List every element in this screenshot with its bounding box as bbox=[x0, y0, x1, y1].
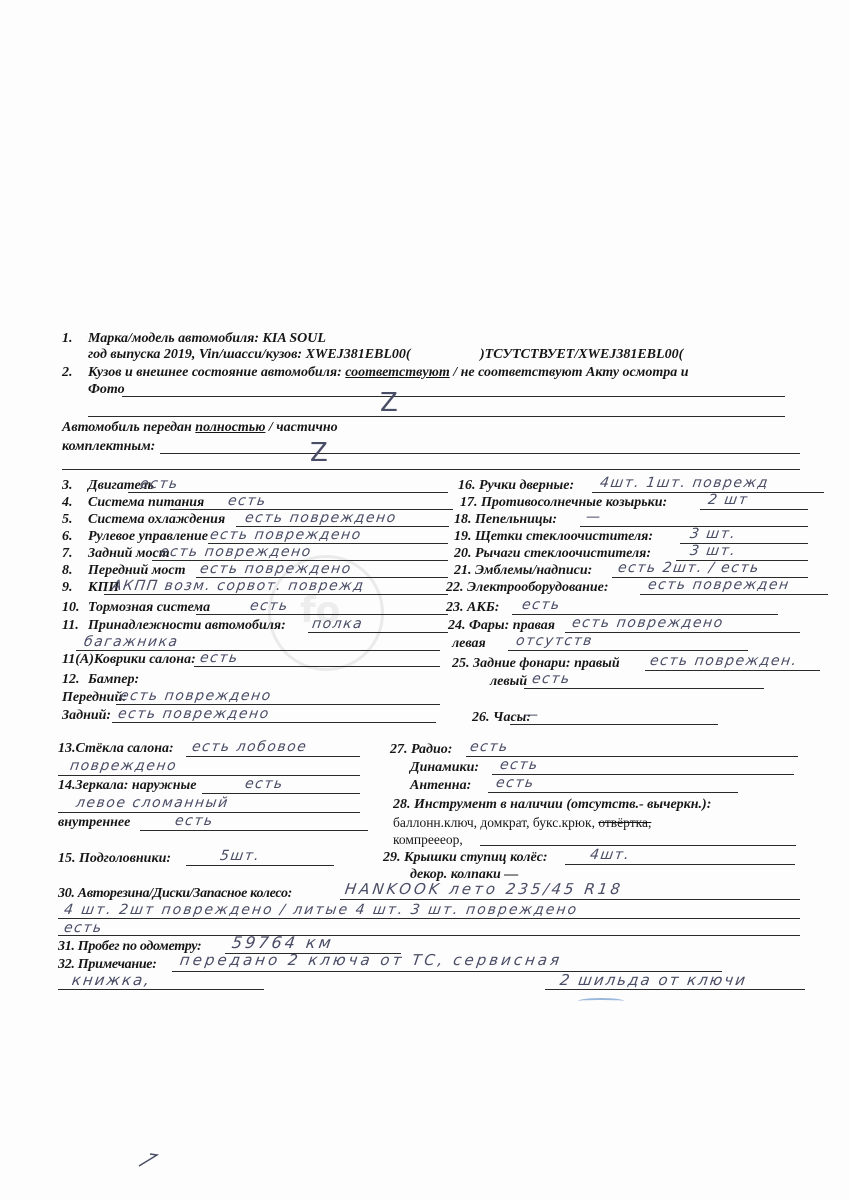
left-item-line bbox=[112, 722, 436, 723]
left-item-line bbox=[308, 632, 448, 633]
item27-value: есть bbox=[469, 739, 510, 755]
item30-line bbox=[340, 899, 800, 900]
item14-inner-title: внутреннее bbox=[58, 815, 130, 831]
item13-line bbox=[186, 756, 360, 757]
item30-value: HANKOOK лето 235/45 R18 bbox=[344, 881, 624, 897]
right-item-title: левая bbox=[452, 636, 486, 652]
left-item-line bbox=[116, 704, 440, 705]
right-item-value: есть bbox=[531, 671, 572, 687]
item1: 1.Марка/модель автомобиля: KIA SOUL bbox=[62, 331, 326, 347]
right-item-title: 23. АКБ: bbox=[446, 600, 499, 616]
item14-title: 14.Зеркала: наружные bbox=[58, 778, 196, 794]
right-item-value: 4шт. 1шт. поврежд bbox=[599, 475, 770, 491]
antenna-line bbox=[488, 792, 738, 793]
speakers-value: есть bbox=[499, 757, 540, 773]
left-item-value: есть bbox=[227, 493, 268, 509]
item14-value2: левое сломанный bbox=[75, 795, 230, 811]
blue-stamp-edge bbox=[578, 998, 624, 1004]
left-item-number: 9. bbox=[62, 580, 88, 596]
item14-inner-value: есть bbox=[174, 813, 215, 829]
left-item-line bbox=[196, 614, 448, 615]
right-item-value: есть поврежден. bbox=[649, 653, 799, 669]
left-item-label: Задний мост bbox=[88, 546, 170, 561]
transferred-label: Автомобиль передан полностью / частично bbox=[62, 420, 338, 436]
item28-title: 28. Инструмент в наличии (отсутств.- выч… bbox=[393, 797, 711, 813]
right-item-value: есть повреждено bbox=[571, 615, 725, 631]
item28-line bbox=[480, 845, 796, 846]
item13-line2 bbox=[58, 775, 360, 776]
complete-label: комплектным: bbox=[62, 439, 155, 455]
left-item-line bbox=[128, 492, 448, 493]
item2-mark: Z bbox=[380, 388, 398, 418]
item32-line2a bbox=[58, 989, 264, 990]
right-item-value: есть bbox=[521, 597, 562, 613]
item30-value2: 4 шт. 2шт повреждено / литые 4 шт. 3 шт.… bbox=[63, 902, 579, 918]
left-item-value: есть bbox=[249, 598, 290, 614]
item1-vin-absent: )ТСУТСТВУЕТ/XWEJ381EBL00( bbox=[480, 347, 683, 363]
item29-title: 29. Крышки ступиц колёс: bbox=[383, 850, 548, 866]
item32-value2b: 2 шильда от ключи bbox=[559, 972, 748, 988]
left-item-value: есть повреждено bbox=[119, 688, 273, 704]
right-item-value: — bbox=[523, 707, 541, 723]
right-item-title: 25. Задние фонари: правый bbox=[452, 656, 620, 672]
right-item-title: 16. Ручки дверные: bbox=[458, 478, 574, 494]
left-item-title: 6.Рулевое управление bbox=[62, 529, 208, 545]
left-item-label: Передний мост bbox=[88, 563, 185, 578]
right-item-title: 18. Пепельницы: bbox=[454, 512, 557, 528]
left-item-label: Рулевое управление bbox=[88, 529, 208, 544]
right-item-value: — bbox=[585, 509, 603, 525]
complete-mark: Z bbox=[310, 438, 328, 468]
right-item-value: есть поврежден bbox=[647, 577, 791, 593]
left-item-number: 11(А) bbox=[62, 652, 94, 667]
left-item-title: 10.Тормозная система bbox=[62, 600, 210, 616]
item13-value: есть лобовое bbox=[191, 739, 309, 755]
speakers-title: Динамики: bbox=[410, 760, 479, 776]
item28-tools2: компрееeор, bbox=[393, 832, 463, 848]
left-item-label: Коврики салона: bbox=[94, 652, 196, 667]
left-item-title: Задний: bbox=[62, 708, 111, 724]
signature-stroke bbox=[135, 1150, 165, 1170]
item30-line2 bbox=[58, 918, 800, 919]
item31-value: 59764 км bbox=[231, 935, 335, 951]
left-item-value: есть bbox=[199, 650, 240, 666]
left-item-title: 12.Бампер: bbox=[62, 672, 139, 688]
right-item-line bbox=[510, 724, 718, 725]
item14-inner-line bbox=[140, 830, 368, 831]
right-item-title: 19. Щетки стеклоочистителя: bbox=[454, 529, 653, 545]
left-item-title: 8.Передний мост bbox=[62, 563, 185, 579]
item30-value3: есть bbox=[63, 920, 104, 936]
item29-value: 4шт. bbox=[589, 847, 632, 863]
item29-line bbox=[565, 864, 795, 865]
right-item-title: левый bbox=[490, 674, 527, 690]
speakers-line bbox=[492, 774, 794, 775]
left-item-value: есть bbox=[139, 476, 180, 492]
left-item-title: 11.Принадлежности автомобиля: bbox=[62, 618, 286, 634]
left-item-value: есть повреждено bbox=[117, 706, 271, 722]
item32-line2b bbox=[545, 989, 805, 990]
item14-value: есть bbox=[244, 776, 285, 792]
left-item-value: есть повреждено bbox=[244, 510, 398, 526]
left-item-number: 5. bbox=[62, 512, 88, 528]
antenna-value: есть bbox=[495, 775, 536, 791]
item14-line bbox=[202, 793, 360, 794]
right-item-value: есть 2шт. / есть bbox=[617, 560, 761, 576]
item1-vin: год выпуска 2019, Vin/шасси/кузов: XWEJ3… bbox=[88, 347, 411, 363]
item15-value: 5шт. bbox=[219, 848, 262, 864]
item32-value2a: книжка, bbox=[71, 972, 152, 988]
antenna-title: Антенна: bbox=[410, 778, 471, 794]
item15-line bbox=[186, 865, 334, 866]
right-item-line bbox=[524, 688, 764, 689]
right-item-line bbox=[700, 509, 808, 510]
right-item-value: 2 шт bbox=[707, 492, 750, 508]
left-item-number: 6. bbox=[62, 529, 88, 545]
item13-title: 13.Стёкла салона: bbox=[58, 741, 174, 757]
item31-title: 31. Пробег по одометру: bbox=[58, 939, 201, 955]
left-item-label: Бампер: bbox=[88, 672, 139, 687]
right-item-title: 17. Противосолнечные козырьки: bbox=[460, 495, 667, 511]
left-item-value: полка bbox=[311, 616, 364, 632]
item28-tools: баллонн.ключ, домкрат, букс.крюк, отвёрт… bbox=[393, 815, 651, 831]
right-item-value: 3 шт. bbox=[689, 543, 738, 559]
right-item-line bbox=[565, 632, 800, 633]
right-item-value: отсутств bbox=[515, 633, 594, 649]
left-item-label: Система охлаждения bbox=[88, 512, 225, 527]
left-item-number: 4. bbox=[62, 495, 88, 511]
left-item-value: есть повреждено bbox=[209, 527, 363, 543]
item2-photo-label: Фото bbox=[88, 382, 125, 398]
left-item-value: АКПП возм. сорвот. поврежд bbox=[111, 578, 366, 594]
left-item-value: есть повреждено bbox=[159, 544, 313, 560]
left-item-label: Тормозная система bbox=[88, 600, 210, 615]
item15-title: 15. Подголовники: bbox=[58, 851, 171, 867]
right-item-line bbox=[640, 594, 828, 595]
left-item-value2: багажника bbox=[83, 634, 180, 650]
left-item-label: Передний: bbox=[62, 690, 127, 705]
item13-value2: повреждено bbox=[69, 758, 178, 774]
left-item-line bbox=[194, 666, 440, 667]
item2: 2.Кузов и внешнее состояние автомобиля: … bbox=[62, 365, 689, 381]
item2-photo-line bbox=[122, 396, 785, 397]
item30-title: 30. Авторезина/Диски/Запасное колесо: bbox=[58, 886, 292, 902]
left-item-number: 7. bbox=[62, 546, 88, 562]
left-item-label: Принадлежности автомобиля: bbox=[88, 618, 286, 633]
left-item-line bbox=[104, 594, 448, 595]
item27-title: 27. Радио: bbox=[390, 742, 452, 758]
left-item-label: Задний: bbox=[62, 708, 111, 723]
left-item-number: 8. bbox=[62, 563, 88, 579]
left-item-title: 11(А)Коврики салона: bbox=[62, 652, 196, 668]
complete-line bbox=[160, 453, 800, 454]
item2-line2 bbox=[88, 416, 785, 417]
item32-value: передано 2 ключа от ТС, сервисная bbox=[179, 952, 563, 968]
left-item-number: 10. bbox=[62, 600, 88, 616]
right-item-title: 22. Электрооборудование: bbox=[446, 580, 609, 596]
left-item-label: Система питания bbox=[88, 495, 204, 510]
left-item-number: 3. bbox=[62, 478, 88, 494]
separator-line bbox=[62, 469, 800, 470]
right-item-value: 3 шт. bbox=[689, 526, 738, 542]
left-item-line2 bbox=[76, 650, 440, 651]
right-item-line bbox=[645, 670, 820, 671]
left-item-number: 12. bbox=[62, 672, 88, 688]
item30-line3 bbox=[58, 935, 800, 936]
right-item-line bbox=[508, 650, 748, 651]
right-item-title: 24. Фары: правая bbox=[448, 618, 555, 634]
left-item-value: есть повреждено bbox=[199, 561, 353, 577]
right-item-title: 21. Эмблемы/надписи: bbox=[454, 563, 592, 579]
left-item-title: 5.Система охлаждения bbox=[62, 512, 225, 528]
left-item-number: 11. bbox=[62, 618, 88, 634]
